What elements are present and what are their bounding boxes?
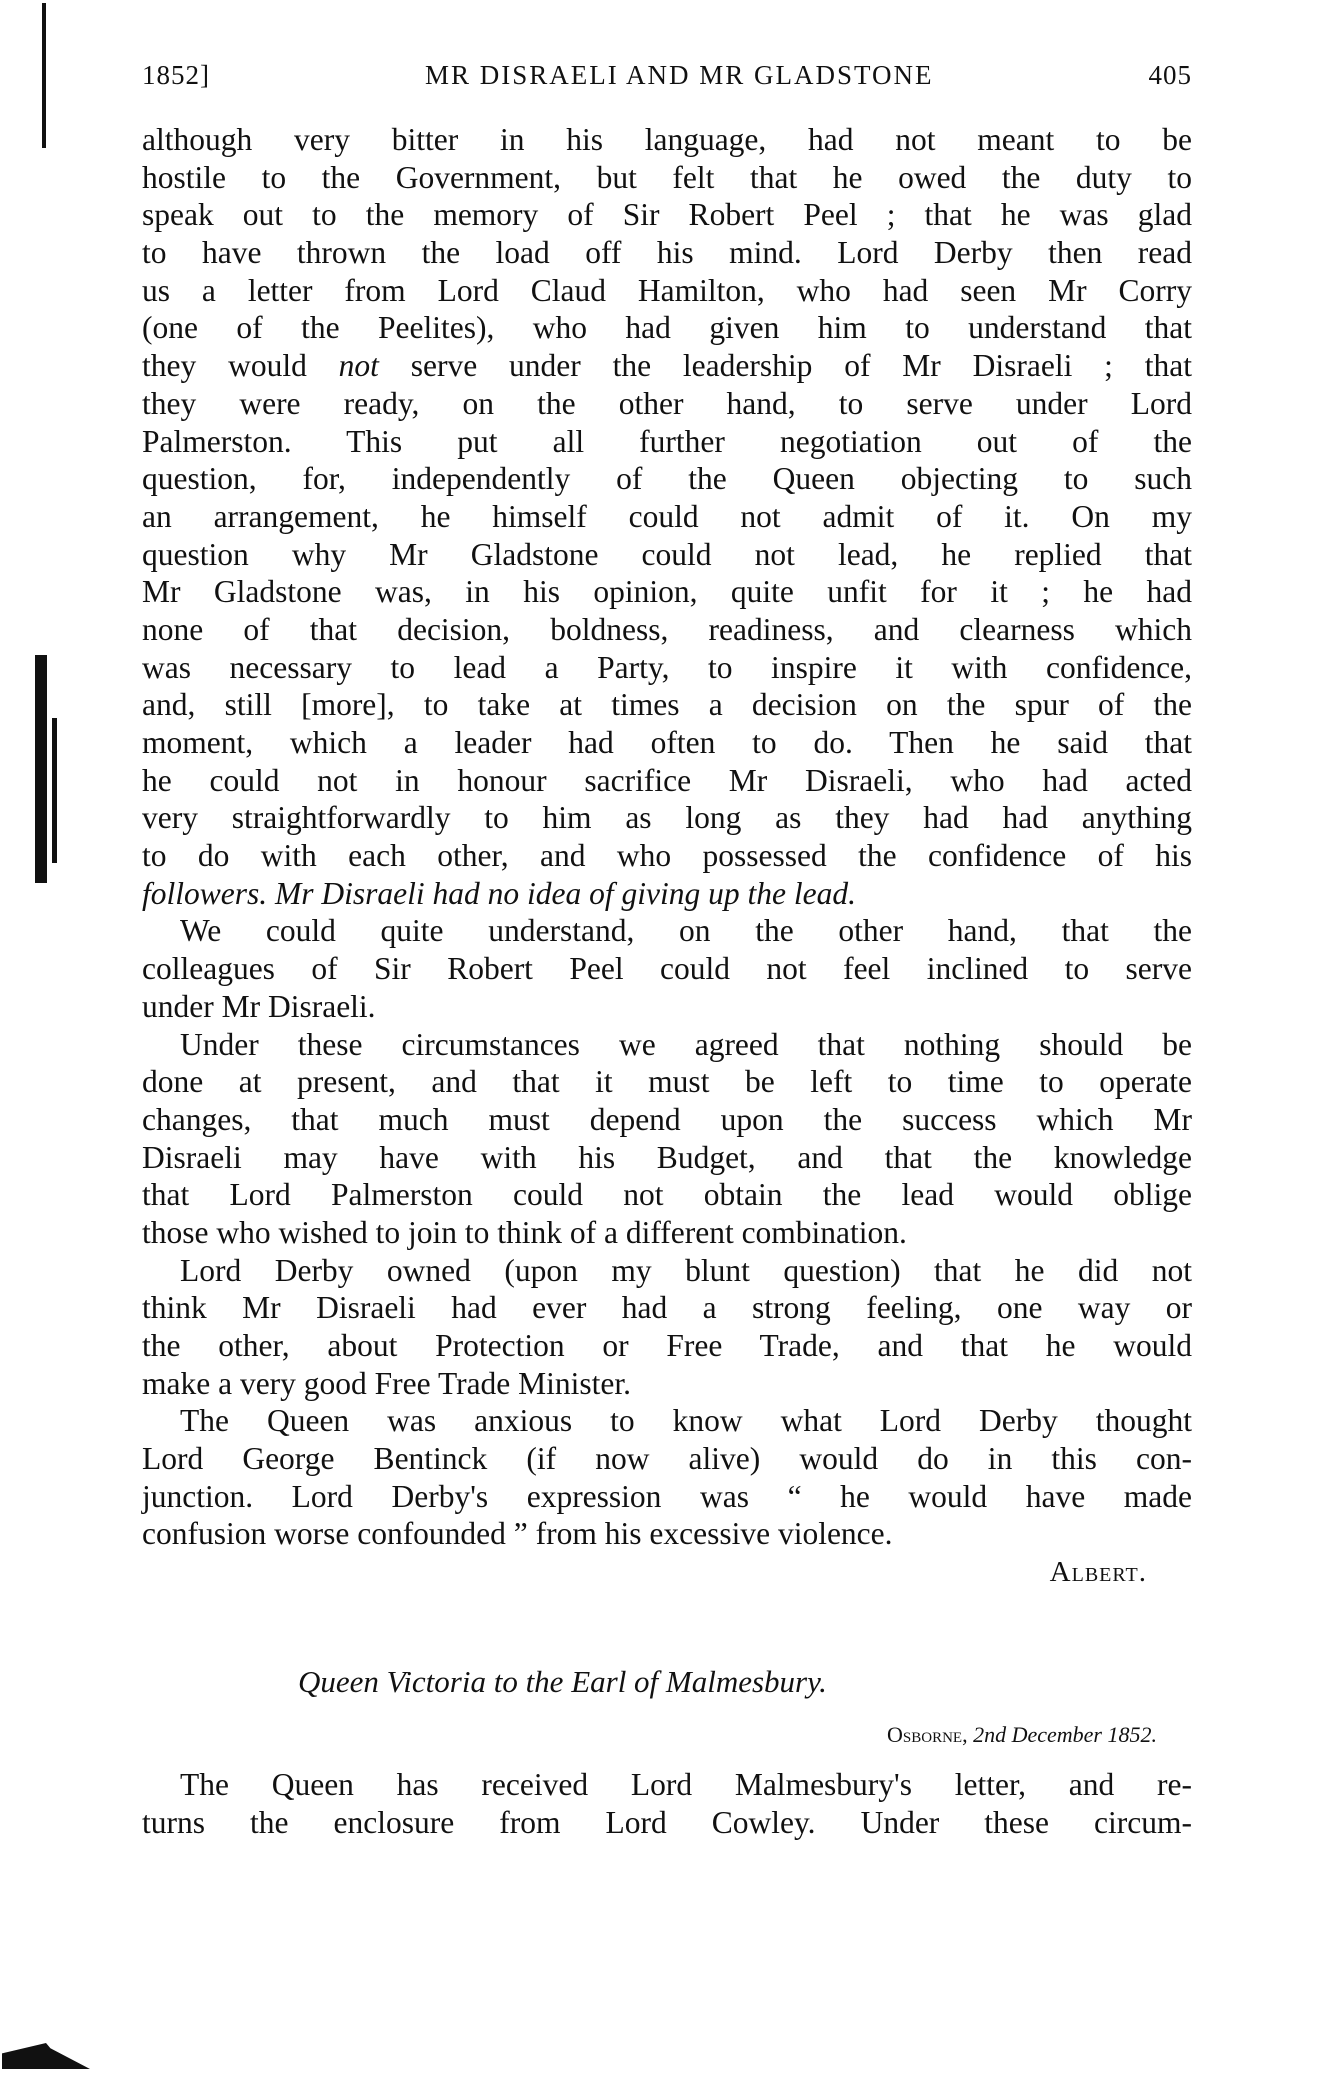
text-line: question, for, independently of the Quee…	[142, 460, 1192, 498]
text-line: under Mr Disraeli.	[142, 988, 1192, 1026]
letter-text-line: The Queen has received Lord Malmesbury's…	[142, 1766, 1192, 1804]
letter-place: Osborne,	[887, 1722, 968, 1747]
italic-text: followers. Mr Disraeli had no idea of gi…	[142, 876, 856, 911]
text-line: very straightforwardly to him as long as…	[142, 799, 1192, 837]
text-line: moment, which a leader had often to do. …	[142, 724, 1192, 762]
body-text: although very bitter in his language, ha…	[142, 121, 1192, 1553]
text-line: Under these circumstances we agreed that…	[142, 1026, 1192, 1064]
text-line: colleagues of Sir Robert Peel could not …	[142, 950, 1192, 988]
text-line: none of that decision, boldness, readine…	[142, 611, 1192, 649]
text-line: Lord George Bentinck (if now alive) woul…	[142, 1440, 1192, 1478]
scan-artifact-corner	[2, 2043, 90, 2069]
text-line: question why Mr Gladstone could not lead…	[142, 536, 1192, 574]
book-page: 1852] MR DISRAELI AND MR GLADSTONE 405 a…	[0, 0, 1318, 2082]
letter-body: The Queen has received Lord Malmesbury's…	[142, 1766, 1192, 1841]
text-line: us a letter from Lord Claud Hamilton, wh…	[142, 272, 1192, 310]
text-line: although very bitter in his language, ha…	[142, 121, 1192, 159]
text-line: those who wished to join to think of a d…	[142, 1214, 1192, 1252]
running-head-year: 1852]	[142, 60, 210, 91]
text-line: an arrangement, he himself could not adm…	[142, 498, 1192, 536]
scan-artifact-margin-mark	[35, 655, 47, 883]
text-line: was necessary to lead a Party, to inspir…	[142, 649, 1192, 687]
text-line: Mr Gladstone was, in his opinion, quite …	[142, 573, 1192, 611]
text-line: they were ready, on the other hand, to s…	[142, 385, 1192, 423]
text-line: followers. Mr Disraeli had no idea of gi…	[142, 875, 1192, 913]
text-line: Lord Derby owned (upon my blunt question…	[142, 1252, 1192, 1290]
text-line: speak out to the memory of Sir Robert Pe…	[142, 196, 1192, 234]
running-head: 1852] MR DISRAELI AND MR GLADSTONE 405	[142, 60, 1192, 100]
page-number: 405	[1149, 60, 1193, 91]
running-head-title: MR DISRAELI AND MR GLADSTONE	[425, 60, 934, 91]
text-line: make a very good Free Trade Minister.	[142, 1365, 1192, 1403]
letter-dateline: Osborne, 2nd December 1852.	[887, 1722, 1157, 1748]
text-line: to do with each other, and who possessed…	[142, 837, 1192, 875]
text-line: Disraeli may have with his Budget, and t…	[142, 1139, 1192, 1177]
letter-heading: Queen Victoria to the Earl of Malmesbury…	[298, 1664, 827, 1700]
text-line: that Lord Palmerston could not obtain th…	[142, 1176, 1192, 1214]
text-line: (one of the Peelites), who had given him…	[142, 309, 1192, 347]
text-line: done at present, and that it must be lef…	[142, 1063, 1192, 1101]
scan-artifact-margin-mark	[52, 718, 57, 863]
text-line: We could quite understand, on the other …	[142, 912, 1192, 950]
text-line: to have thrown the load off his mind. Lo…	[142, 234, 1192, 272]
letter-text-line: turns the enclosure from Lord Cowley. Un…	[142, 1804, 1192, 1842]
text-line: the other, about Protection or Free Trad…	[142, 1327, 1192, 1365]
letter-date: 2nd December 1852.	[973, 1722, 1157, 1747]
text-line: and, still [more], to take at times a de…	[142, 686, 1192, 724]
text-line: changes, that much must depend upon the …	[142, 1101, 1192, 1139]
italic-text: not	[339, 348, 379, 383]
text-line: they would not serve under the leadershi…	[142, 347, 1192, 385]
scan-artifact-line	[42, 3, 46, 148]
text-line: hostile to the Government, but felt that…	[142, 159, 1192, 197]
text-line: junction. Lord Derby's expression was “ …	[142, 1478, 1192, 1516]
text-line: think Mr Disraeli had ever had a strong …	[142, 1289, 1192, 1327]
text-line: Palmerston. This put all further negotia…	[142, 423, 1192, 461]
signature: Albert.	[1050, 1556, 1147, 1589]
text-line: confusion worse confounded ” from his ex…	[142, 1515, 1192, 1553]
text-line: The Queen was anxious to know what Lord …	[142, 1402, 1192, 1440]
text-line: he could not in honour sacrifice Mr Disr…	[142, 762, 1192, 800]
